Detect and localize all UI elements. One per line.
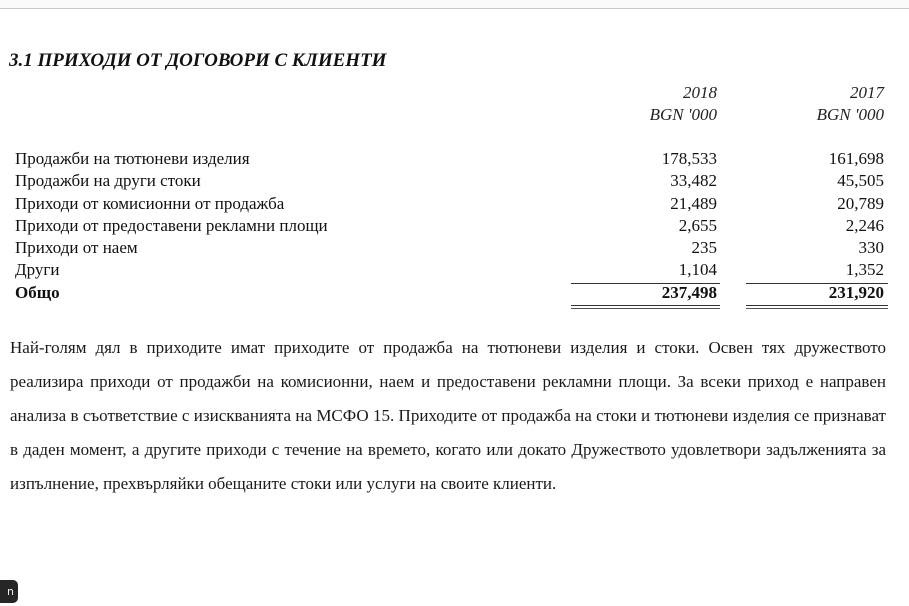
total-double-rule-2017: [746, 305, 888, 309]
row-label: Продажби на други стоки: [15, 170, 201, 192]
overlay-chip-button[interactable]: n: [0, 580, 18, 603]
column-header-2018: 2018 BGN '000: [650, 82, 717, 126]
row-label: Продажби на тютюневи изделия: [15, 148, 250, 170]
total-label: Общо: [15, 282, 60, 304]
value-2017: 2,246: [846, 215, 884, 237]
row-label: Приходи от наем: [15, 237, 138, 259]
column-unit: BGN '000: [817, 104, 884, 126]
row-label: Други: [15, 259, 59, 281]
total-double-rule-2018: [571, 305, 720, 309]
revenue-table: Продажби на тютюневи изделия 178,533 161…: [0, 148, 909, 304]
row-label: Приходи от предоставени рекламни площи: [15, 215, 328, 237]
value-2017: 330: [859, 237, 885, 259]
value-2017: 1,352: [846, 259, 884, 281]
column-header-2017: 2017 BGN '000: [817, 82, 884, 126]
top-toolbar-strip: [0, 0, 909, 9]
total-2018: 237,498: [662, 282, 717, 304]
value-2018: 21,489: [670, 193, 717, 215]
row-label: Приходи от комисионни от продажба: [15, 193, 284, 215]
section-title: 3.1 ПРИХОДИ ОТ ДОГОВОРИ С КЛИЕНТИ: [9, 50, 386, 72]
column-year: 2018: [650, 82, 717, 104]
table-row: Продажби на тютюневи изделия 178,533 161…: [0, 148, 909, 170]
value-2017: 20,789: [837, 193, 884, 215]
table-row: Приходи от комисионни от продажба 21,489…: [0, 193, 909, 215]
table-total-row: Общо 237,498 231,920: [0, 282, 909, 304]
value-2018: 33,482: [670, 170, 717, 192]
value-2018: 2,655: [679, 215, 717, 237]
table-row: Приходи от наем 235 330: [0, 237, 909, 259]
value-2018: 235: [692, 237, 718, 259]
subtotal-rule-2018: [571, 283, 720, 284]
table-row: Продажби на други стоки 33,482 45,505: [0, 170, 909, 192]
explanatory-paragraph: Най-голям дял в приходите имат приходите…: [10, 331, 886, 501]
value-2017: 161,698: [829, 148, 884, 170]
table-row: Други 1,104 1,352: [0, 259, 909, 281]
value-2018: 1,104: [679, 259, 717, 281]
table-row: Приходи от предоставени рекламни площи 2…: [0, 215, 909, 237]
subtotal-rule-2017: [746, 283, 888, 284]
column-unit: BGN '000: [650, 104, 717, 126]
value-2018: 178,533: [662, 148, 717, 170]
column-year: 2017: [817, 82, 884, 104]
value-2017: 45,505: [837, 170, 884, 192]
total-2017: 231,920: [829, 282, 884, 304]
